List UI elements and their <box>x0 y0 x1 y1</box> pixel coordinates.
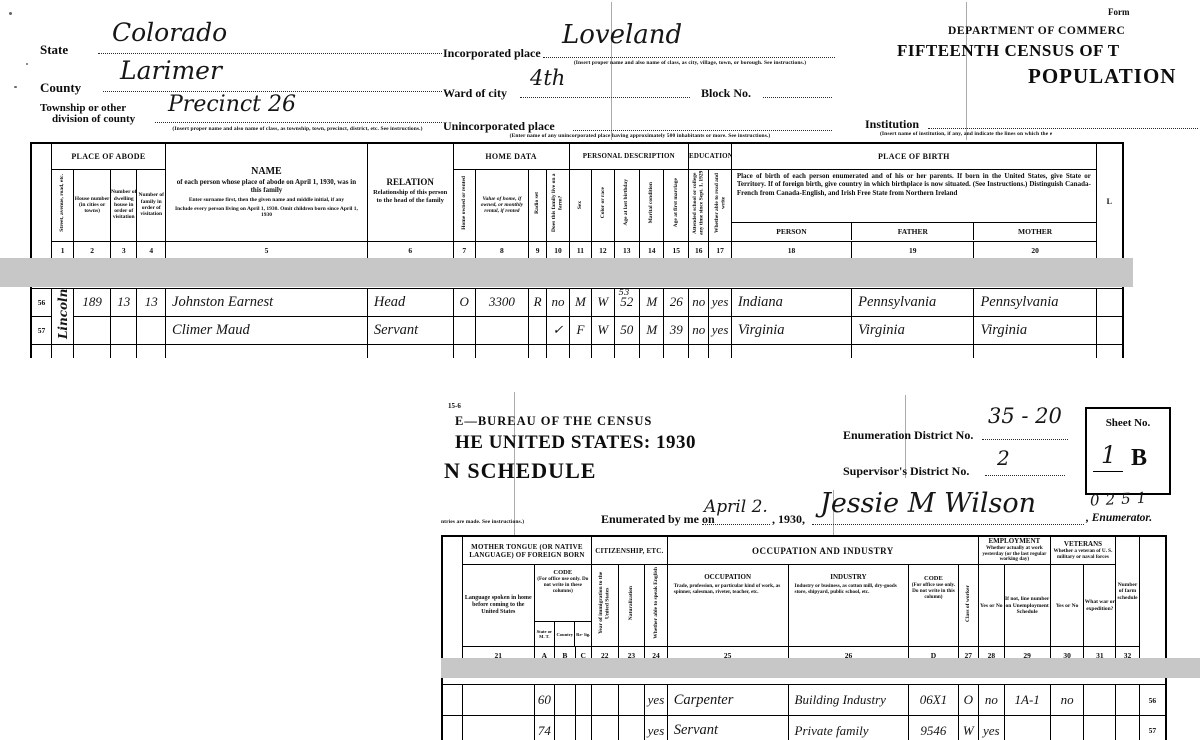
language-column-header: Language spoken in home before coming to… <box>462 565 534 647</box>
unincorporated-line <box>573 130 832 131</box>
county-value: Larimer <box>120 56 222 85</box>
sex-value: F <box>569 316 591 344</box>
person-subheader: PERSON <box>732 223 852 240</box>
color-race-column-header: Color or race <box>592 169 614 241</box>
code-a-value: 74 <box>534 716 554 740</box>
col-num: 5 <box>166 241 368 259</box>
population-title: POPULATION <box>1028 64 1176 89</box>
worked-yesterday-value: no <box>979 685 1005 716</box>
table-row: 74 yes Servant Private family 9546 W yes… <box>442 716 1166 740</box>
date-line <box>702 524 770 525</box>
worked-yesterday-value: yes <box>979 716 1005 740</box>
radio-value: R <box>528 288 546 316</box>
place-of-birth-group: PLACE OF BIRTH <box>731 143 1096 169</box>
house-number-value <box>74 316 111 344</box>
house-number-column-header: House number (in cities or towns) <box>74 169 111 241</box>
home-owned-value <box>453 316 475 344</box>
name-value: Johnston Earnest <box>166 288 368 316</box>
col-num: 3 <box>110 241 137 259</box>
col-num: 16 <box>689 241 709 259</box>
class-of-worker-value: W <box>958 716 979 740</box>
block-line <box>763 97 832 98</box>
marital-value: M <box>640 316 664 344</box>
unemployment-line-column-header: If not, line number on Unemployment Sche… <box>1004 565 1050 647</box>
naturalization-value <box>618 685 645 716</box>
line-number-column-header <box>1139 536 1166 665</box>
sheet-stamp: 0251 <box>1090 488 1153 509</box>
incorporated-line <box>543 57 835 58</box>
speak-english-column-header: Whether able to speak English <box>645 565 668 647</box>
radio-value <box>528 316 546 344</box>
census-scan: State Colorado County Larimer Township o… <box>0 0 1200 740</box>
age-value: 5352 <box>614 288 639 316</box>
industry-value: Building Industry <box>788 685 909 716</box>
employment-group: EMPLOYMENT Whether actually at work yest… <box>979 536 1051 565</box>
col-num: 11 <box>569 241 591 259</box>
relation-value: Head <box>367 288 453 316</box>
speaks-english-value: yes <box>645 685 668 716</box>
industry-desc: Industry or business, as cotton mill, dr… <box>789 581 909 598</box>
code-b-label: Country <box>555 622 575 646</box>
enumeration-district-value: 35 - 20 <box>988 404 1062 428</box>
col-num: 1 <box>51 241 73 259</box>
col-num: 19 <box>852 241 974 259</box>
age-first-marriage-column-header: Age at first marriage <box>664 169 689 241</box>
school-value: no <box>689 316 709 344</box>
relation-value: Servant <box>367 316 453 344</box>
industry-value: Private family <box>788 716 909 740</box>
unincorporated-note: (Enter name of any unincorporated place … <box>448 133 832 139</box>
farm-schedule-value <box>1116 716 1140 740</box>
home-owned-value: O <box>453 288 475 316</box>
name-value: Climer Maud <box>166 316 368 344</box>
education-group: EDUCATION <box>689 143 732 169</box>
table-row: 57 Climer Maud Servant ✓ F W 50 M 39 no … <box>31 316 1123 344</box>
code-c-value <box>575 716 591 740</box>
township-label-2: division of county <box>52 114 135 125</box>
unincorporated-label: Unincorporated place <box>443 119 555 134</box>
birthplace-mother: Pennsylvania <box>974 288 1096 316</box>
occupation-code-note: (For office use only. Do not write in th… <box>909 582 957 601</box>
occupation-code-value: 06X1 <box>909 685 958 716</box>
relation-sub: Relationship of this person to the head … <box>368 187 453 207</box>
farm-schedule-column-header: Number of farm schedule <box>1116 536 1140 647</box>
marital-column-header: Marital condition <box>640 169 664 241</box>
ward-value: 4th <box>530 66 565 90</box>
war-value <box>1084 716 1116 740</box>
house-number-value: 189 <box>74 288 111 316</box>
mother-subheader: MOTHER <box>974 223 1095 240</box>
col-num: 7 <box>453 241 475 259</box>
cut-cell <box>1096 288 1123 316</box>
naturalization-value <box>618 716 645 740</box>
read-write-value: yes <box>709 316 731 344</box>
population-table-left: PLACE OF ABODE NAME of each person whose… <box>30 142 1130 358</box>
signature-line <box>812 524 1084 525</box>
schedule-title-line: N SCHEDULE <box>444 458 596 484</box>
birthplace-person: Virginia <box>731 316 851 344</box>
relation-column-header: RELATION Relationship of this person to … <box>367 143 453 241</box>
code-note: (For office use only. Do not write in th… <box>535 576 591 595</box>
col-num: 4 <box>137 241 166 259</box>
class-of-worker-column-header: Class of worker <box>958 565 979 647</box>
language-value <box>462 685 534 716</box>
enumeration-date: April 2. <box>704 497 768 517</box>
ward-line <box>520 97 690 98</box>
redaction-band-top <box>0 258 1133 287</box>
radio-column-header: Radio set <box>528 169 546 241</box>
township-line <box>155 122 442 123</box>
sex-value: M <box>569 288 591 316</box>
place-of-birth-description: Place of birth of each person enumerated… <box>731 169 1096 241</box>
school-value: no <box>689 288 709 316</box>
naturalization-column-header: Naturalization <box>618 565 645 647</box>
class-of-worker-value: O <box>958 685 979 716</box>
fold-crease <box>966 2 967 140</box>
sheet-letter: B <box>1131 445 1147 472</box>
supervisor-district-label: Supervisor's District No. <box>843 464 969 479</box>
redaction-band-bottom <box>441 658 1200 678</box>
col-num: 2 <box>74 241 111 259</box>
language-value <box>462 716 534 740</box>
cut-row <box>31 344 1123 358</box>
code-a-value: 60 <box>534 685 554 716</box>
occupation-code-value: 9546 <box>909 716 958 740</box>
institution-note: (Insert name of institution, if any, and… <box>880 131 1200 137</box>
col-num: 10 <box>547 241 569 259</box>
color-race-value: W <box>592 288 614 316</box>
citizenship-group: CITIZENSHIP, ETC. <box>591 536 667 565</box>
age-value: 50 <box>614 316 639 344</box>
occupation-desc: Trade, profession, or particular kind of… <box>668 581 788 598</box>
incorporated-label: Incorporated place <box>443 46 541 61</box>
column-numbers-row: 1 2 3 4 5 6 7 8 9 10 11 12 13 14 15 16 1… <box>31 241 1123 259</box>
department-title: DEPARTMENT OF COMMERC <box>948 25 1125 37</box>
year-label: , 1930, <box>772 512 805 527</box>
scan-speck <box>26 63 28 65</box>
scan-speck <box>9 12 12 15</box>
mother-tongue-group: MOTHER TONGUE (OR NATIVE LANGUAGE) OF FO… <box>462 536 591 565</box>
dwelling-value: 13 <box>110 288 137 316</box>
birthplace-father: Virginia <box>852 316 974 344</box>
incorporated-value: Loveland <box>562 20 682 50</box>
state-line <box>98 53 442 54</box>
cut-cell <box>1096 316 1123 344</box>
cut-cell <box>442 716 462 740</box>
col-num: 8 <box>475 241 528 259</box>
state-label: State <box>40 42 68 58</box>
color-race-value: W <box>592 316 614 344</box>
name-heading: NAME <box>166 166 367 177</box>
township-value: Precinct 26 <box>168 92 296 117</box>
farm-column-header: Does this family live on a farm? <box>547 169 569 241</box>
line-number: 57 <box>1139 716 1166 740</box>
left-cut-note: ntries are made. See instructions.) <box>441 519 524 525</box>
occupation-value: Carpenter <box>667 685 788 716</box>
col-num: 14 <box>640 241 664 259</box>
birthplace-mother: Virginia <box>974 316 1096 344</box>
form-word: Form <box>1108 7 1130 17</box>
war-column-header: What war or expedition? <box>1084 565 1116 647</box>
speaks-english-value: yes <box>645 716 668 740</box>
name-sub3: Include every person living on April 1, … <box>166 204 367 219</box>
col-num: 12 <box>592 241 614 259</box>
employment-yes-no-column-header: Yes or No <box>979 565 1005 647</box>
enumeration-district-line <box>982 439 1068 440</box>
col-num: 15 <box>664 241 689 259</box>
age-column-header: Age at last birthday <box>614 169 639 241</box>
census-title-line: HE UNITED STATES: 1930 <box>455 432 696 454</box>
sheet-line <box>1093 471 1123 472</box>
supervisor-district-value: 2 <box>997 446 1010 470</box>
veteran-value: no <box>1050 685 1084 716</box>
ward-label: Ward of city <box>443 86 507 101</box>
home-value-column-header: Value of home, if owned, or monthly rent… <box>475 169 528 241</box>
farm-value: ✓ <box>547 316 569 344</box>
veteran-value <box>1050 716 1084 740</box>
supervisor-district-line <box>985 475 1065 476</box>
institution-line <box>928 128 1198 129</box>
occupation-value: Servant <box>667 716 788 740</box>
age-first-marriage-value: 26 <box>664 288 689 316</box>
code-c-value <box>575 685 591 716</box>
sheet-number-value: 1 <box>1101 441 1116 469</box>
occupation-column-header: OCCUPATION Trade, profession, or particu… <box>667 565 788 647</box>
bureau-line: E—BUREAU OF THE CENSUS <box>455 414 652 429</box>
family-value <box>137 316 166 344</box>
family-value: 13 <box>137 288 166 316</box>
relation-heading: RELATION <box>368 177 453 187</box>
birthplace-father: Pennsylvania <box>852 288 974 316</box>
name-sub2: Enter surname first, then the given name… <box>166 195 367 203</box>
code-a-label: State or M. T. <box>535 622 555 646</box>
cut-column-header: L <box>1096 143 1123 259</box>
sheet-number-box: Sheet No. 1 B <box>1085 407 1171 495</box>
home-owned-column-header: Home owned or rented <box>453 169 475 241</box>
col-num: 20 <box>974 241 1096 259</box>
family-number-column-header: Number of family in order of visitation <box>137 169 166 241</box>
code-c-label: Re- lig. <box>575 622 591 646</box>
line-number: 56 <box>31 288 51 316</box>
census-title: FIFTEENTH CENSUS OF T <box>897 41 1120 61</box>
dwelling-number-column-header: Number of dwelling house in order of vis… <box>110 169 137 241</box>
enumerator-signature: Jessie M Wilson <box>820 488 1036 519</box>
war-value <box>1084 685 1116 716</box>
block-label: Block No. <box>701 86 751 101</box>
scan-speck <box>14 86 17 88</box>
immigration-year-value <box>591 716 618 740</box>
industry-column-header: INDUSTRY Industry or business, as cotton… <box>788 565 909 647</box>
veteran-yes-no-column-header: Yes or No <box>1050 565 1084 647</box>
employment-desc: Whether actually at work yesterday (or t… <box>979 545 1050 564</box>
table-row: 60 yes Carpenter Building Industry 06X1 … <box>442 685 1166 716</box>
enumerated-by-label: Enumerated by me on <box>601 512 715 527</box>
home-value-value: 3300 <box>475 288 528 316</box>
unemployment-line-value <box>1004 716 1050 740</box>
immigration-year-column-header: Year of immigration to the United States <box>591 565 618 647</box>
veterans-desc: Whether a veteran of U. S. military or n… <box>1051 548 1116 561</box>
personal-description-group: PERSONAL DESCRIPTION <box>569 143 688 169</box>
code-b-value <box>555 685 575 716</box>
col-num: 6 <box>367 241 453 259</box>
col-num: 13 <box>614 241 639 259</box>
immigration-year-value <box>591 685 618 716</box>
name-sub1: of each person whose place of abode on A… <box>166 177 367 195</box>
sex-column-header: Sex <box>569 169 591 241</box>
street-column-header: Street, avenue, road, etc. <box>51 169 73 241</box>
farm-value: no <box>547 288 569 316</box>
veterans-group: VETERANS Whether a veteran of U. S. mili… <box>1050 536 1116 565</box>
farm-schedule-value <box>1116 685 1140 716</box>
occupation-code-column-header: CODE (For office use only. Do not write … <box>909 565 958 647</box>
unemployment-line-value: 1A-1 <box>1004 685 1050 716</box>
line-number: 56 <box>1139 685 1166 716</box>
incorporated-note: (Insert proper name and also name of cla… <box>545 60 835 66</box>
state-value: Colorado <box>112 18 227 47</box>
cut-cell <box>442 685 462 716</box>
street-value: Lincoln <box>51 288 73 344</box>
occupation-industry-group: OCCUPATION AND INDUSTRY <box>667 536 978 565</box>
home-value-value <box>475 316 528 344</box>
name-column-header: NAME of each person whose place of abode… <box>166 143 368 241</box>
home-data-group: HOME DATA <box>453 143 569 169</box>
population-table-right: MOTHER TONGUE (OR NATIVE LANGUAGE) OF FO… <box>441 535 1171 740</box>
sheet-label: Sheet No. <box>1087 417 1169 429</box>
line-number-column-header <box>31 143 51 259</box>
form-number: 15-6 <box>448 402 461 410</box>
birthplace-person: Indiana <box>731 288 851 316</box>
code-columns-header: CODE (For office use only. Do not write … <box>534 565 591 647</box>
cut-left-column <box>442 536 462 665</box>
enumerator-label: , Enumerator. <box>1086 512 1152 524</box>
read-write-column-header: Whether able to read and write <box>709 169 731 241</box>
dwelling-value <box>110 316 137 344</box>
enumeration-district-label: Enumeration District No. <box>843 428 973 443</box>
code-b-value <box>555 716 575 740</box>
place-of-abode-group: PLACE OF ABODE <box>51 143 165 169</box>
institution-label: Institution <box>865 117 919 132</box>
age-first-marriage-value: 39 <box>664 316 689 344</box>
col-num: 18 <box>731 241 851 259</box>
col-num: 9 <box>528 241 546 259</box>
township-note: (Insert proper name and also name of cla… <box>150 126 445 132</box>
read-write-value: yes <box>709 288 731 316</box>
county-label: County <box>40 80 81 96</box>
father-subheader: FATHER <box>852 223 974 240</box>
marital-value: M <box>640 288 664 316</box>
col-num: 17 <box>709 241 731 259</box>
table-row: 56 Lincoln 189 13 13 Johnston Earnest He… <box>31 288 1123 316</box>
school-column-header: Attended school or college any time sinc… <box>689 169 709 241</box>
line-number: 57 <box>31 316 51 344</box>
